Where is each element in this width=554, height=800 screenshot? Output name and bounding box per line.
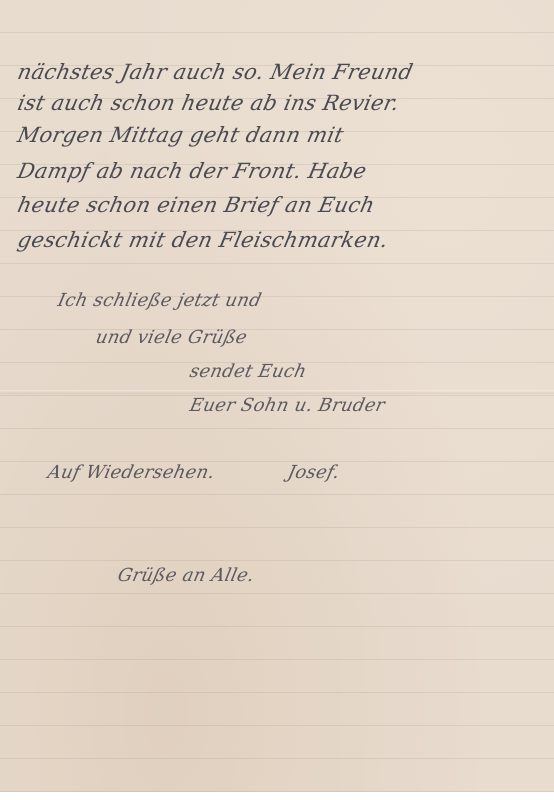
closing-line-1: Ich schließe jetzt und — [56, 290, 264, 311]
letter-body-line-6: geschickt mit den Fleischmarken. — [15, 228, 390, 252]
letter-body-line-4: Dampf ab nach der Front. Habe — [15, 159, 368, 183]
paper-fold-crease — [0, 390, 554, 394]
closing-line-4: Euer Sohn u. Bruder — [188, 395, 387, 416]
letter-body-line-1: nächstes Jahr auch so. Mein Freund — [15, 60, 415, 84]
letter-body-line-3: Morgen Mittag geht dann mit — [15, 123, 345, 147]
closing-line-2: und viele Grüße — [94, 327, 249, 348]
farewell-text: Auf Wiedersehen. — [46, 462, 217, 483]
letter-body-line-2: ist auch schon heute ab ins Revier. — [15, 91, 401, 115]
letter-paper: nächstes Jahr auch so. Mein Freund ist a… — [0, 0, 554, 792]
postscript-greeting: Grüße an Alle. — [116, 565, 257, 586]
letter-body-line-5: heute schon einen Brief an Euch — [15, 193, 377, 217]
closing-line-3: sendet Euch — [188, 361, 309, 382]
signature: Josef. — [286, 462, 342, 483]
